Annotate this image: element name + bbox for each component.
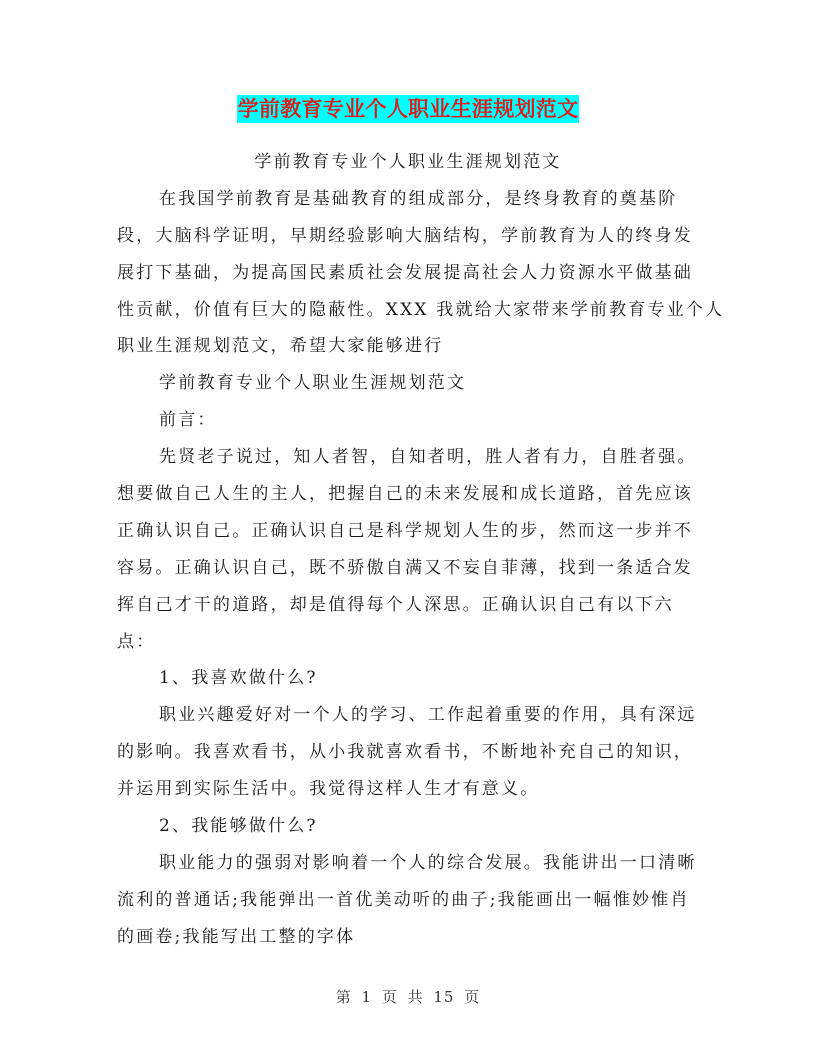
paragraph-line: 职业生涯规划范文，希望大家能够进行 [117,328,699,365]
document-page: 学前教育专业个人职业生涯规划范文 学前教育专业个人职业生涯规划范文 在我国学前教… [0,0,816,1056]
paragraph-line: 想要做自己人生的主人，把握自己的未来发展和成长道路，首先应该 [117,476,699,513]
paragraph-line: 职业能力的强弱对影响着一个人的综合发展。我能讲出一口清晰 [117,845,699,882]
question-heading-1: 1、我喜欢做什么? [117,660,699,697]
paragraph-line: 先贤老子说过，知人者智，自知者明，胜人者有力，自胜者强。 [117,439,699,476]
paragraph-line: 段，大脑科学证明，早期经验影响大脑结构，学前教育为人的终身发 [117,218,699,255]
paragraph-line: 在我国学前教育是基础教育的组成部分，是终身教育的奠基阶 [117,181,699,218]
paragraph-line: 点： [117,624,699,661]
page-footer: 第 1 页 共 15 页 [0,986,816,1007]
paragraph-line: 展打下基础，为提高国民素质社会发展提高社会人力资源水平做基础 [117,255,699,292]
question-heading-2: 2、我能够做什么? [117,808,699,845]
paragraph-line: 的画卷;我能写出工整的字体 [117,919,699,956]
paragraph-line: 的影响。我喜欢看书，从小我就喜欢看书，不断地补充自己的知识， [117,734,699,771]
subtitle: 学前教育专业个人职业生涯规划范文 [117,144,699,181]
paragraph-line: 正确认识自己。正确认识自己是科学规划人生的步，然而这一步并不 [117,513,699,550]
preface-label: 前言： [117,402,699,439]
paragraph-line: 并运用到实际生活中。我觉得这样人生才有意义。 [117,771,699,808]
document-body: 学前教育专业个人职业生涯规划范文 在我国学前教育是基础教育的组成部分，是终身教育… [117,144,699,956]
paragraph-line: 挥自己才干的道路，却是值得每个人深思。正确认识自己有以下六 [117,587,699,624]
paragraph-line: 职业兴趣爱好对一个人的学习、工作起着重要的作用，具有深远 [117,697,699,734]
paragraph-line: 容易。正确认识自己，既不骄傲自满又不妄自菲薄，找到一条适合发 [117,550,699,587]
document-title: 学前教育专业个人职业生涯规划范文 [237,95,580,123]
title-container: 学前教育专业个人职业生涯规划范文 [0,95,816,123]
section-heading: 学前教育专业个人职业生涯规划范文 [117,365,699,402]
paragraph-line: 性贡献，价值有巨大的隐蔽性。XXX 我就给大家带来学前教育专业个人 [117,292,699,329]
paragraph-line: 流利的普通话;我能弹出一首优美动听的曲子;我能画出一幅惟妙惟肖 [117,882,699,919]
